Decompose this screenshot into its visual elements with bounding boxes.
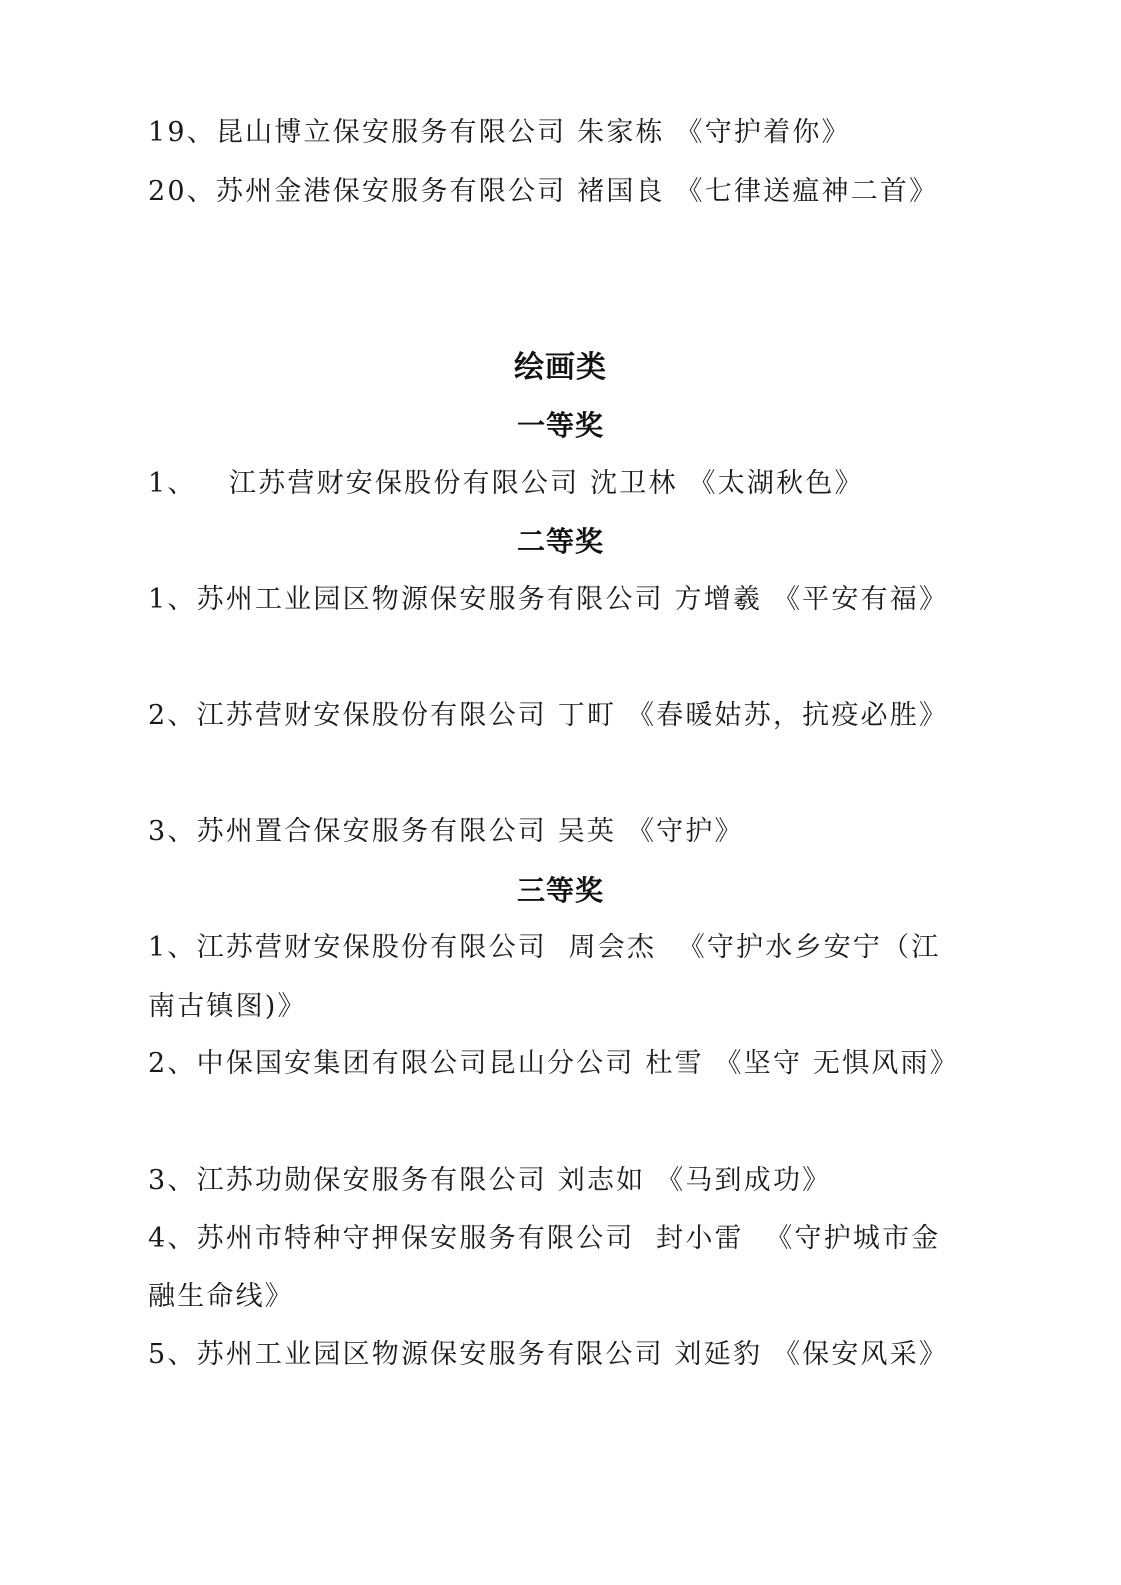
third-prize-item-4-line2: 融生命线》 bbox=[148, 1280, 294, 1314]
third-prize-item-1-line1: 1、江苏营财安保股份有限公司 周会杰 《守护水乡安宁（江 bbox=[148, 931, 941, 965]
third-prize-heading: 三等奖 bbox=[0, 873, 1121, 909]
list-item-20: 20、苏州金港保安服务有限公司 褚国良 《七律送瘟神二首》 bbox=[148, 175, 938, 209]
third-prize-item-4-line1: 4、苏州市特种守押保安服务有限公司 封小雷 《守护城市金 bbox=[148, 1222, 941, 1256]
second-prize-item-2: 2、江苏营财安保股份有限公司 丁町 《春暖姑苏，抗疫必胜》 bbox=[148, 699, 948, 733]
second-prize-item-1: 1、苏州工业园区物源保安服务有限公司 方增羲 《平安有福》 bbox=[148, 583, 948, 617]
second-prize-item-3: 3、苏州置合保安服务有限公司 吴英 《守护》 bbox=[148, 815, 744, 849]
section-title-painting: 绘画类 bbox=[0, 350, 1121, 386]
first-prize-item-1: 1、 江苏营财安保股份有限公司 沈卫林 《太湖秋色》 bbox=[148, 467, 864, 501]
second-prize-heading: 二等奖 bbox=[0, 524, 1121, 560]
third-prize-item-2: 2、中保国安集团有限公司昆山分公司 杜雪 《坚守 无惧风雨》 bbox=[148, 1047, 959, 1081]
third-prize-item-5: 5、苏州工业园区物源保安服务有限公司 刘延豹 《保安风采》 bbox=[148, 1338, 948, 1372]
third-prize-item-1-line2: 南古镇图)》 bbox=[148, 990, 307, 1024]
first-prize-heading: 一等奖 bbox=[0, 408, 1121, 444]
list-item-19: 19、昆山博立保安服务有限公司 朱家栋 《守护着你》 bbox=[148, 116, 851, 150]
third-prize-item-3: 3、江苏功勋保安服务有限公司 刘志如 《马到成功》 bbox=[148, 1164, 831, 1198]
